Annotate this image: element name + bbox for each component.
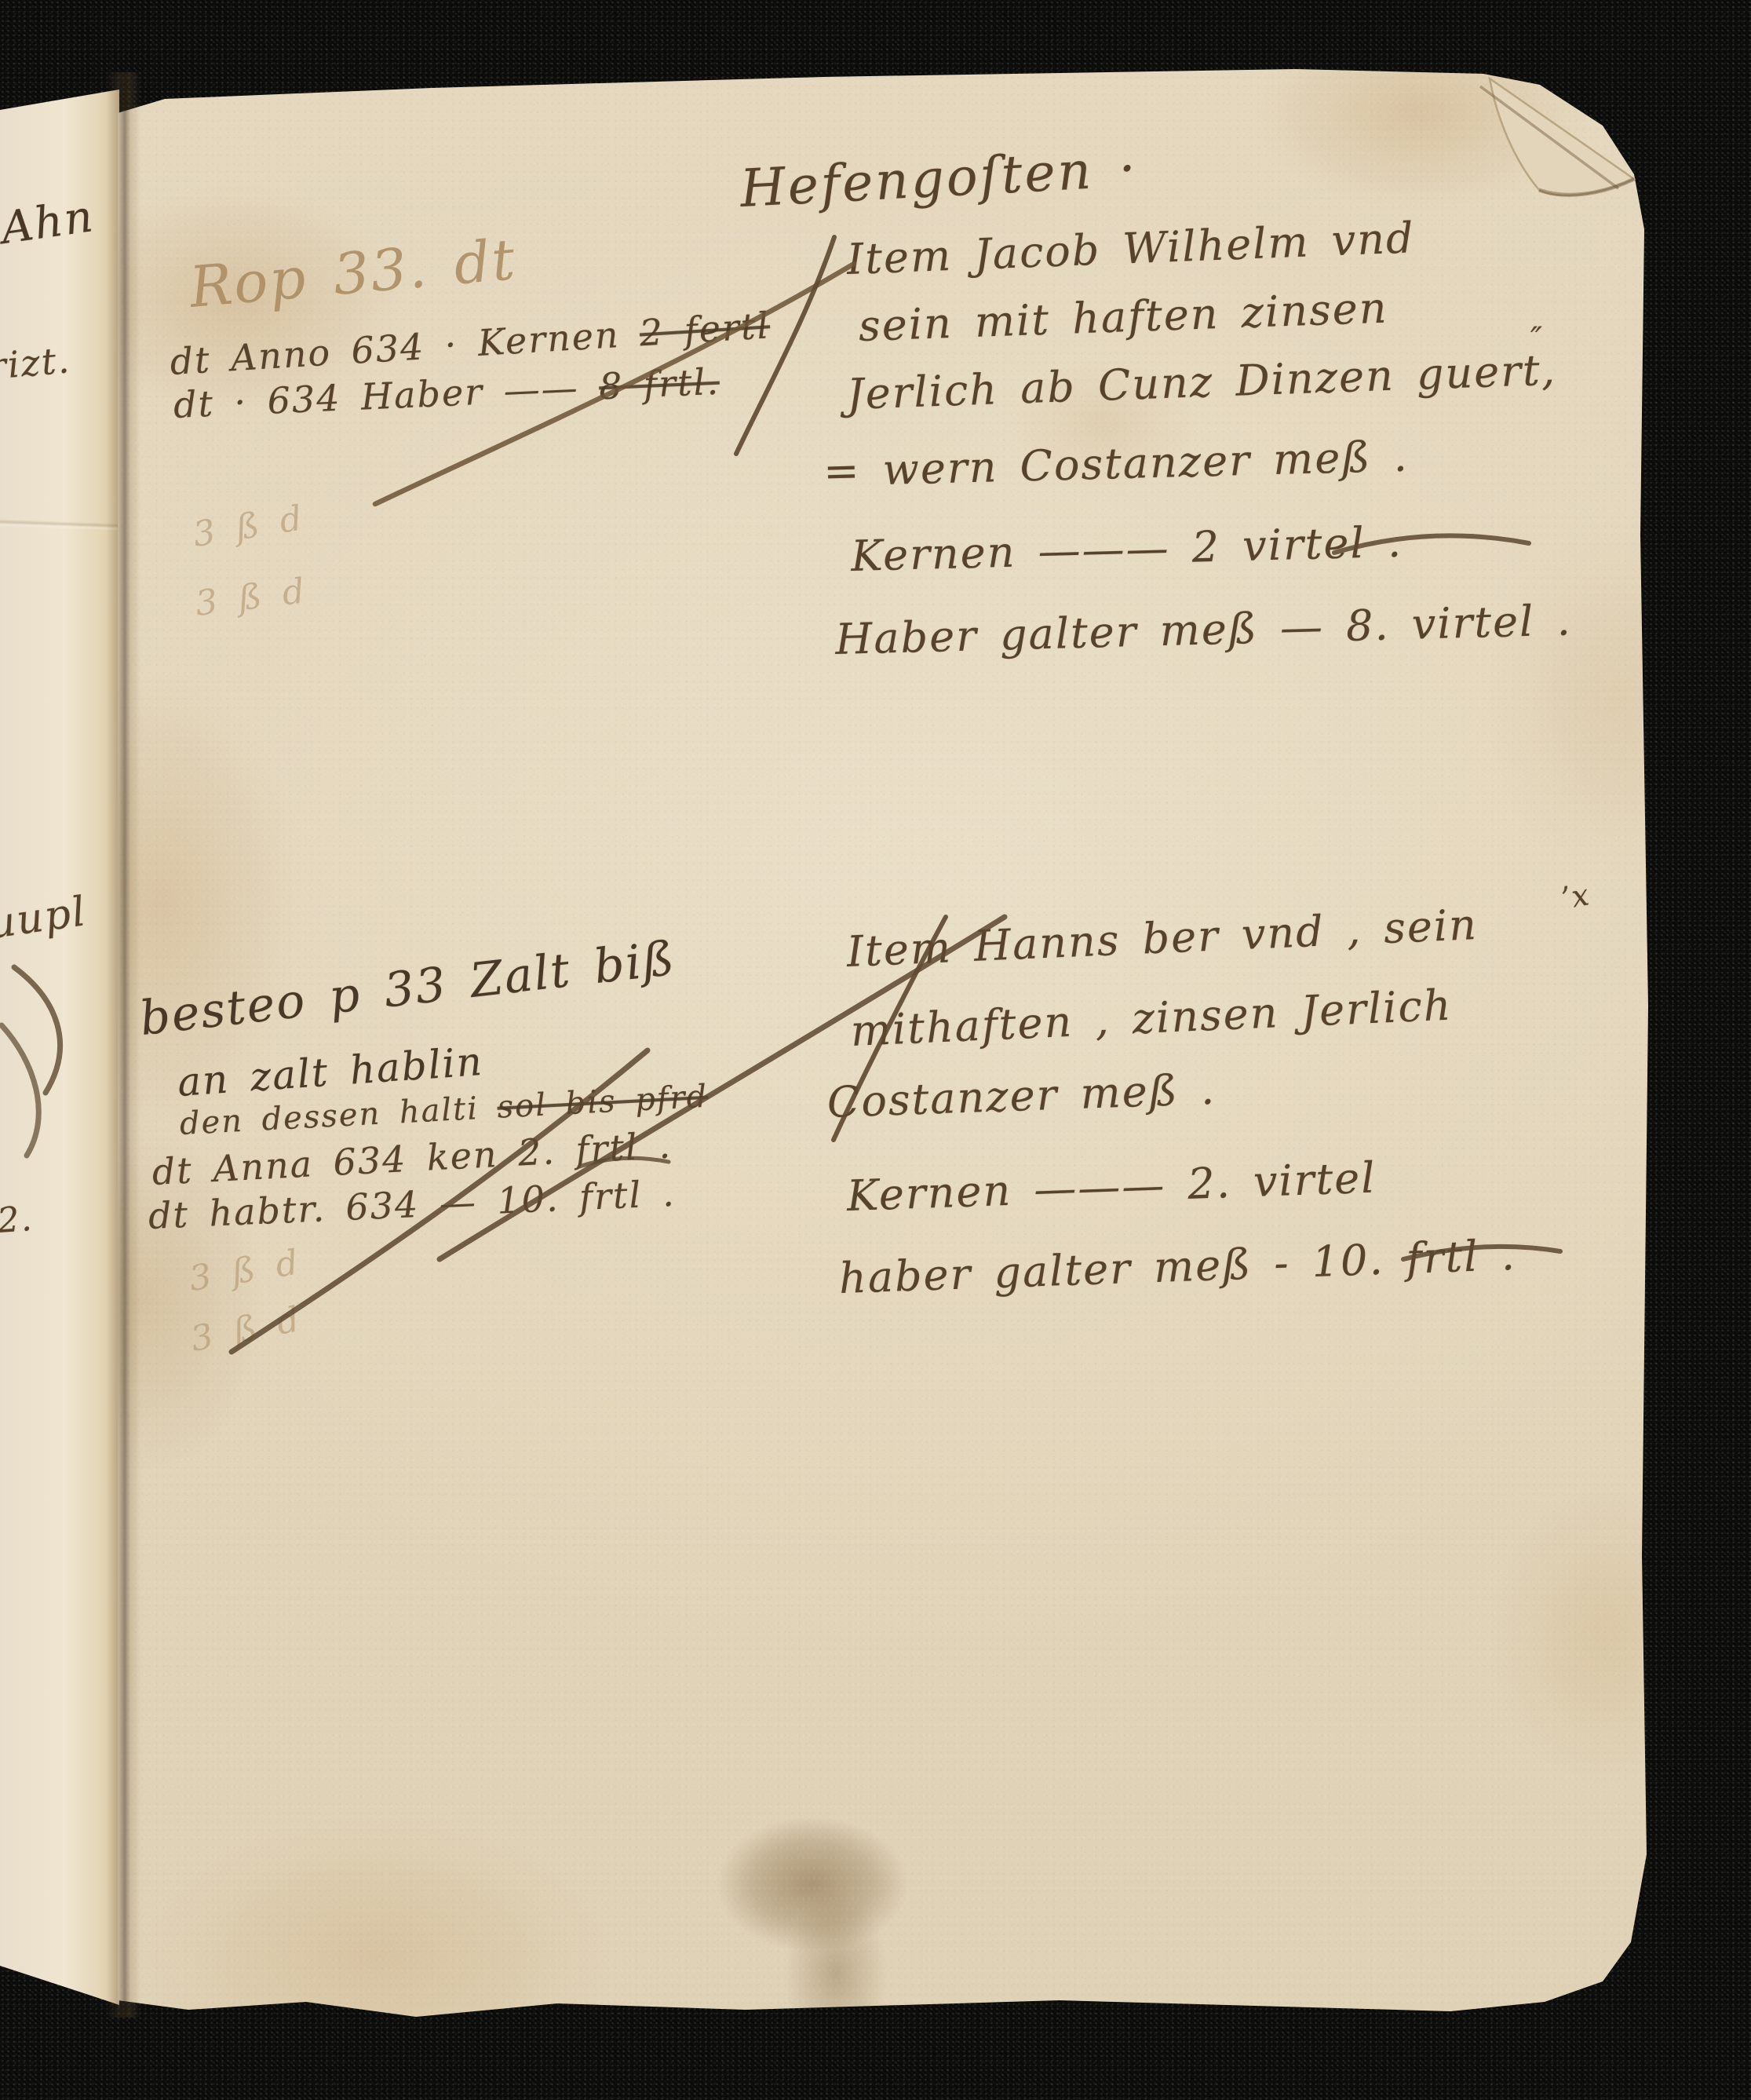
- entry1-receipt-note: Rop 33. dt: [188, 231, 519, 316]
- adjacent-page-text-fragment: uupl: [0, 891, 89, 945]
- adjacent-page-sliver: Ahn rizt. uupl 2.: [0, 82, 119, 2013]
- entry1-text-line-3: Jerlich ab Cunz Dinzen guert,: [846, 349, 1557, 416]
- entry1-margin-note: 3 ß d: [191, 501, 306, 553]
- entry2-text-line-2: mithaften , zinsen Jerlich: [850, 984, 1454, 1053]
- struck-amount: 8 frtl.: [598, 360, 720, 408]
- entry1-text-line-4: = wern Costanzer meß .: [823, 436, 1410, 493]
- adjacent-page-text-fragment: 2.: [0, 1202, 35, 1239]
- fold-crease-line: [0, 519, 119, 531]
- entry2-receipt-note-1: besteo p 33 Zalt biß: [137, 935, 677, 1043]
- entry1-text-line-1: Item Jacob Wilhelm vnd: [846, 217, 1416, 281]
- entry2-text-line-1: Item Hanns ber vnd , sein: [846, 904, 1479, 973]
- struck-text: sol bis pfrd: [496, 1079, 709, 1126]
- entry2-amount-haber: haber galter meß - 10. frtl .: [838, 1234, 1516, 1300]
- entry1-amount-kernen: Kernen ——— 2 virtel .: [851, 521, 1403, 578]
- entry1-amount-haber: Haber galter meß — 8. virtel .: [835, 599, 1573, 661]
- insertion-tick-mark: ″: [1530, 323, 1544, 355]
- adjacent-page-text-fragment: Ahn: [0, 195, 97, 251]
- entry1-margin-note: 3 ß d: [194, 574, 308, 622]
- adjacent-page-text-fragment: rizt.: [0, 341, 72, 385]
- entry2-margin-note: 3 ß d: [188, 1302, 304, 1357]
- stray-ink-mark: ʼx: [1558, 879, 1592, 914]
- entry1-text-line-2: sein mit haften zinsen: [858, 287, 1388, 348]
- page-heading: Hefengoſten ·: [739, 143, 1140, 215]
- struck-amount: 2 fertl: [638, 304, 771, 354]
- page-gutter-crease: [107, 72, 141, 2018]
- entry2-amount-kernen: Kernen ——— 2. virtel: [846, 1156, 1377, 1218]
- manuscript-page: Hefengoſten · Rop 33. dt dt Anno 634 · K…: [118, 64, 1652, 2023]
- entry2-text-line-3: Costanzer meß .: [826, 1068, 1217, 1124]
- photo-background: Ahn rizt. uupl 2. Hefengoſten · Rop 33. …: [0, 0, 1751, 2100]
- entry2-margin-note: 3 ß d: [187, 1245, 302, 1297]
